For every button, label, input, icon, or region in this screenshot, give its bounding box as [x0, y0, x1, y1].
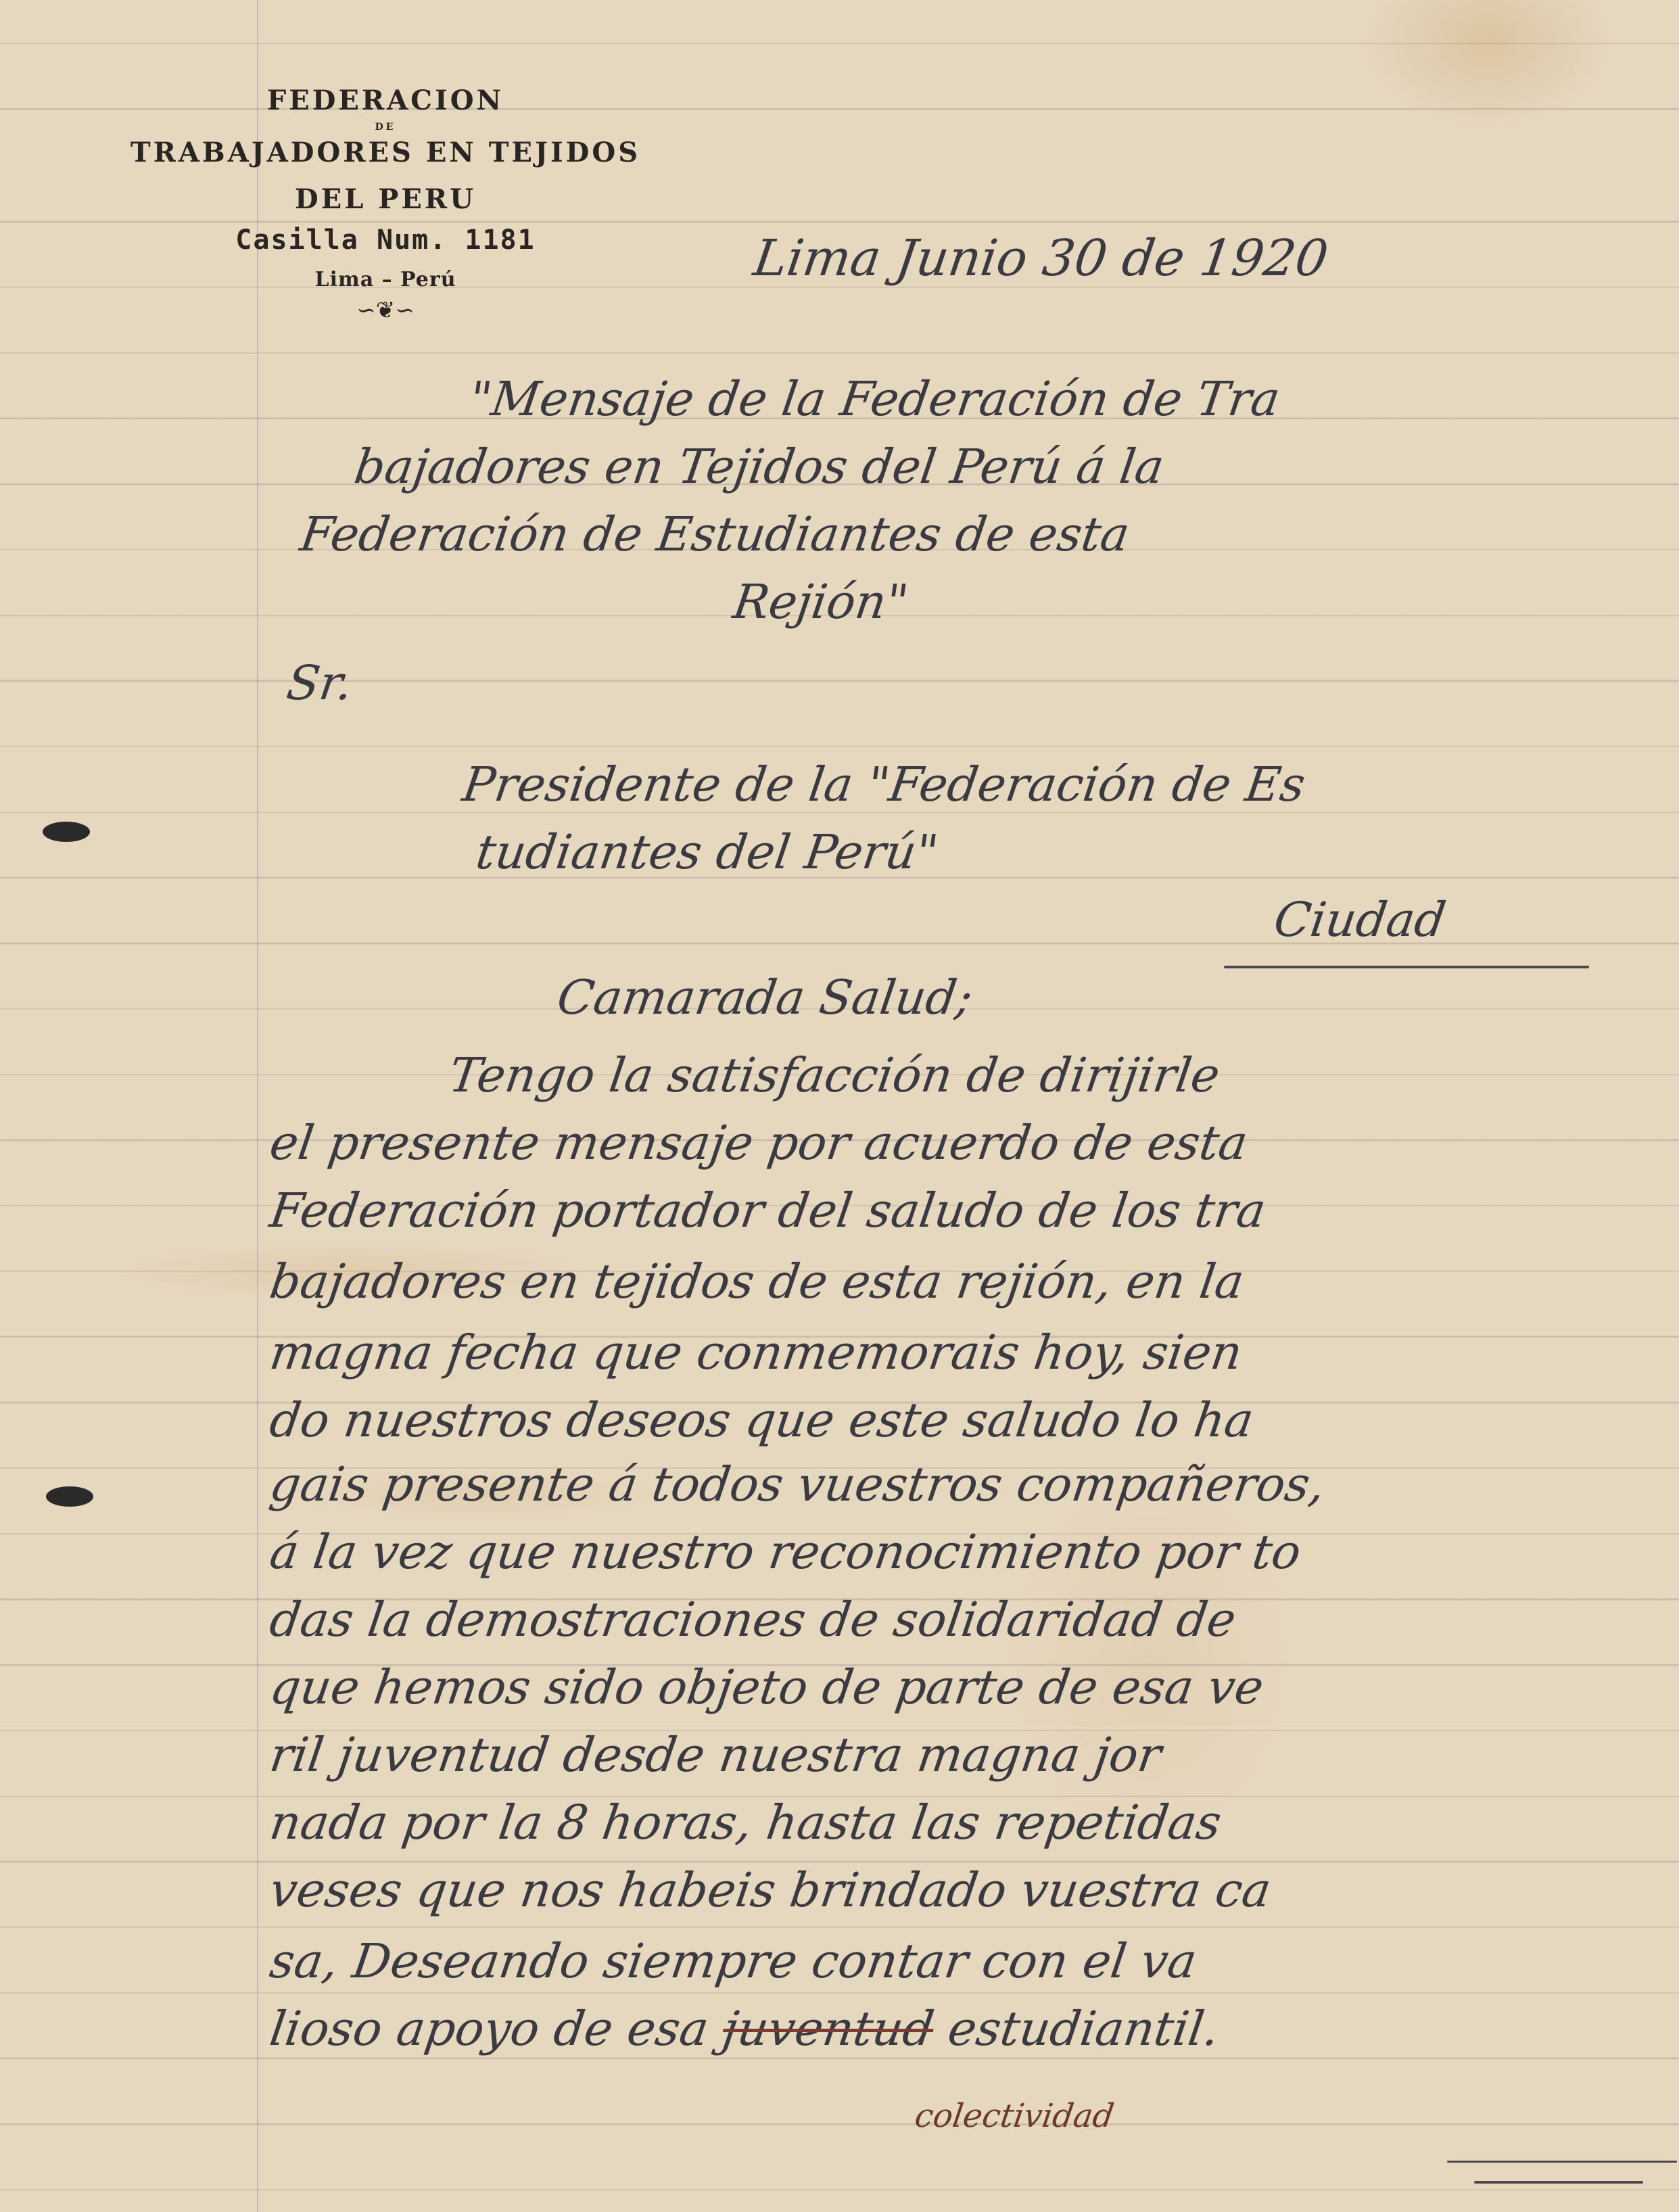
body-line-9: das la demostraciones de solidaridad de [267, 1596, 1239, 1643]
body-line-14: sa, Deseando siempre contar con el va [267, 1937, 1200, 1985]
letterhead: FEDERACION DE TRABAJADORES EN TEJIDOS DE… [101, 85, 669, 324]
struck-word: juventud [719, 2001, 937, 2056]
closing-flourish-2 [1474, 2181, 1643, 2184]
body-line-3: Federación portador del saludo de los tr… [267, 1187, 1269, 1234]
last-line-start: lioso apoyo de esa [266, 2001, 712, 2056]
addressee-line-2: tudiantes del Perú" [473, 828, 941, 876]
letterhead-org: FEDERACION [101, 85, 669, 116]
body-line-13: veses que nos habeis brindado vuestra ca [267, 1866, 1274, 1914]
margin-line [257, 0, 258, 2212]
body-line-10: que hemos sido objeto de parte de esa ve [267, 1664, 1267, 1711]
title-line-3: Federación de Estudiantes de esta [298, 511, 1133, 558]
body-line-15: lioso apoyo de esa juventud estudiantil. [267, 2005, 1222, 2052]
binder-hole-bottom [46, 1486, 93, 1507]
place-date: Lima Junio 30 de 1920 [751, 233, 1331, 283]
body-line-8: á la vez que nuestro reconocimiento por … [267, 1528, 1304, 1576]
letterhead-de: DE [101, 122, 669, 133]
title-line-4: Rejión" [730, 578, 911, 626]
salutation: Sr. [284, 659, 356, 707]
ornament-icon: ∽❦∽ [101, 297, 669, 324]
letterhead-pobox: Casilla Num. 1181 [101, 225, 669, 256]
greeting: Camarada Salud; [554, 974, 976, 1021]
body-line-4: bajadores en tejidos de esta rejión, en … [267, 1258, 1247, 1305]
title-line-2: bajadores en Tejidos del Perú á la [352, 443, 1167, 490]
body-line-7: gais presente á todos vuestros compañero… [267, 1461, 1328, 1508]
title-line-1: "Mensaje de la Federación de Tra [467, 375, 1283, 423]
body-line-6: do nuestros deseos que este saludo lo ha [267, 1396, 1256, 1444]
body-line-5: magna fecha que conmemorais hoy, sien [267, 1329, 1245, 1376]
closing-flourish-1 [1447, 2161, 1677, 2163]
letterhead-workers: TRABAJADORES EN TEJIDOS [101, 137, 669, 168]
binder-hole-top [43, 822, 90, 842]
city-underline [1224, 966, 1589, 968]
letter-page: FEDERACION DE TRABAJADORES EN TEJIDOS DE… [0, 0, 1679, 2212]
correction-insert: colectividad [913, 2100, 1116, 2132]
letterhead-country: DEL PERU [101, 183, 669, 215]
addressee-line-1: Presidente de la "Federación de Es [460, 761, 1308, 808]
body-line-11: ril juventud desde nuestra magna jor [267, 1731, 1164, 1779]
body-line-2: el presente mensaje por acuerdo de esta [267, 1119, 1250, 1167]
body-line-1: Tengo la satisfacción de dirijirle [446, 1052, 1223, 1099]
city: Ciudad [1271, 896, 1448, 943]
last-line-end: estudiantil. [945, 2001, 1223, 2056]
body-line-12: nada por la 8 horas, hasta las repetidas [267, 1799, 1224, 1846]
letterhead-city: Lima – Perú [101, 268, 669, 291]
